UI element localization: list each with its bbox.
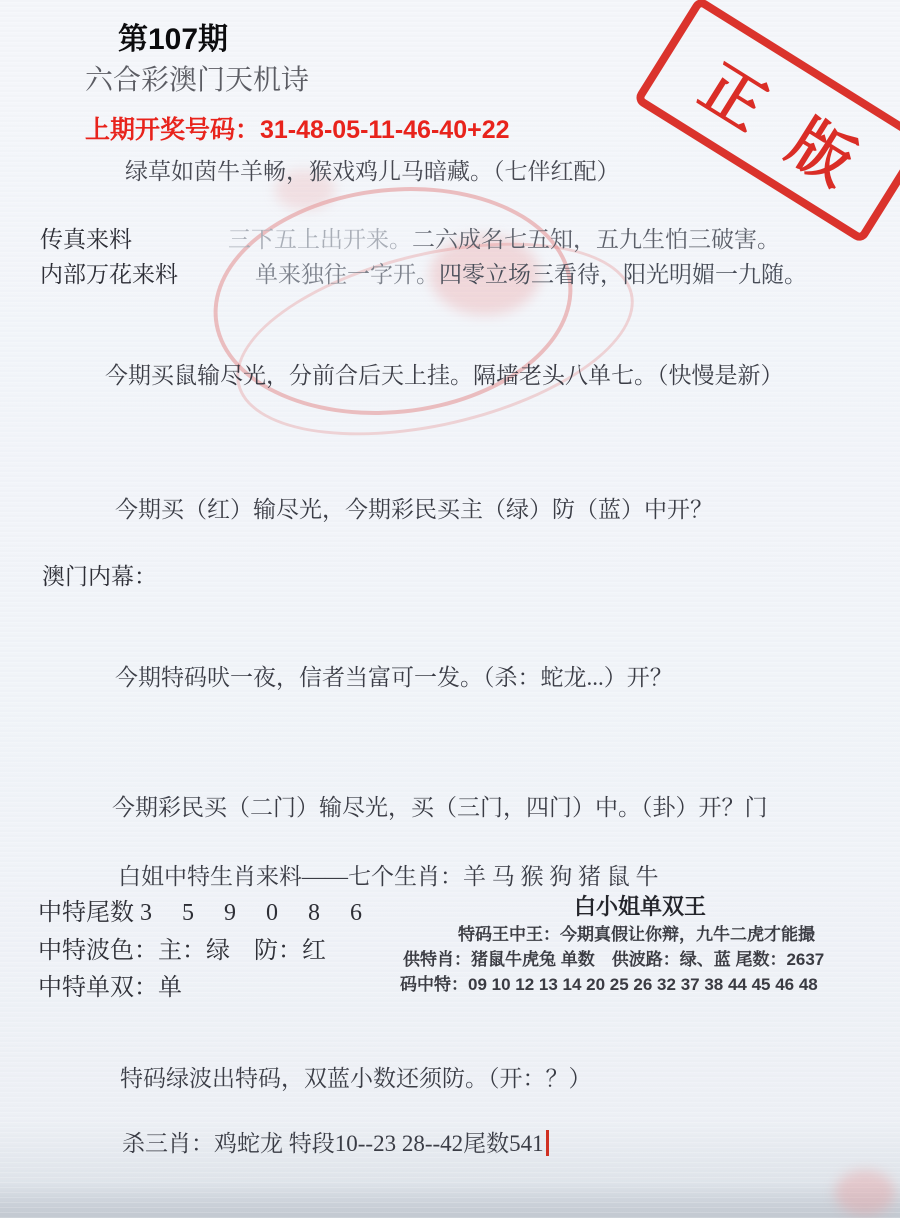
- tip-line-doors: 今期彩民买（二门）输尽光，买（三门，四门）中。（卦）开？门: [112, 794, 768, 822]
- fax-poem-line-2-faded: 单来独往一字开。: [255, 262, 439, 287]
- text-cursor: [546, 1130, 549, 1156]
- miss-bai-king-line: 特码王中王：今期真假让你辩，九牛二虎才能撮: [458, 925, 815, 945]
- hit-tail-numbers: 中特尾数 3 5 9 0 8 6: [38, 899, 374, 928]
- hit-odd-even: 中特单双：单: [38, 974, 182, 1003]
- stamp-char-zheng: 正: [687, 38, 787, 146]
- fax-poem-line-1-main: 二六成名七五知，五九生怕三破害。: [412, 227, 780, 252]
- lottery-tip-sheet: 第107期 六合彩澳门天机诗 上期开奖号码：31-48-05-11-46-40+…: [0, 0, 900, 1218]
- seal-watermark-ellipse-outer: [202, 170, 584, 432]
- sheet-subtitle: 六合彩澳门天机诗: [85, 64, 309, 98]
- issue-title: 第107期: [118, 22, 228, 58]
- tip-line-green-wave: 特码绿波出特码，双蓝小数还须防。（开：？）: [120, 1065, 592, 1093]
- fax-poem-line-2-main: 四零立场三看待，阳光明媚一九随。: [439, 262, 807, 287]
- tip-line-rat: 今期买鼠输尽光，分前合后天上挂。隔墙老头八单七。（快慢是新）: [105, 362, 784, 390]
- macau-insider-label: 澳门内幕：: [42, 563, 157, 591]
- hit-wave-color: 中特波色：主：绿 防：红: [38, 937, 326, 966]
- top-poem-line: 绿草如茵牛羊畅，猴戏鸡儿马暗藏。（七伴红配）: [125, 158, 620, 186]
- hit-tail-label: 中特尾数: [38, 900, 140, 926]
- internal-material-label: 内部万花来料: [40, 261, 178, 289]
- miss-bai-numbers-line: 码中特：09 10 12 13 14 20 25 26 32 37 38 44 …: [400, 975, 818, 995]
- ink-smudge-bottom-right: [835, 1170, 895, 1215]
- hit-tail-digits: 3 5 9 0 8 6: [140, 900, 374, 926]
- last-draw-numbers: 上期开奖号码：31-48-05-11-46-40+22: [85, 115, 510, 145]
- kill-three-text: 杀三肖：鸡蛇龙 特段10--23 28--42尾数541: [122, 1131, 544, 1156]
- tip-line-kill-three: 杀三肖：鸡蛇龙 特段10--23 28--42尾数541: [122, 1130, 549, 1158]
- stamp-char-ban: 版: [775, 93, 875, 201]
- genuine-stamp: 正 版: [633, 0, 900, 244]
- fax-poem-line-2: 单来独往一字开。四零立场三看待，阳光明媚一九随。: [255, 261, 807, 289]
- fax-material-label: 传真来料: [40, 226, 132, 254]
- tip-line-seven-zodiac: 白姐中特生肖来料——七个生肖：羊 马 猴 狗 猪 鼠 牛: [118, 863, 659, 891]
- miss-bai-zodiac-line: 供特肖：猪鼠牛虎兔 单数 供波路：绿、蓝 尾数：2637: [403, 950, 824, 970]
- tip-line-special-code: 今期特码吠一夜，信者当富可一发。（杀：蛇龙...）开？: [115, 664, 673, 692]
- tip-line-color-bet: 今期买（红）输尽光，今期彩民买主（绿）防（蓝）中开？: [115, 496, 713, 524]
- fax-poem-line-1: 三下五上出开来。二六成名七五知，五九生怕三破害。: [228, 226, 780, 254]
- fax-poem-line-1-faded: 三下五上出开来。: [228, 227, 412, 252]
- miss-bai-title: 白小姐单双王: [574, 894, 706, 920]
